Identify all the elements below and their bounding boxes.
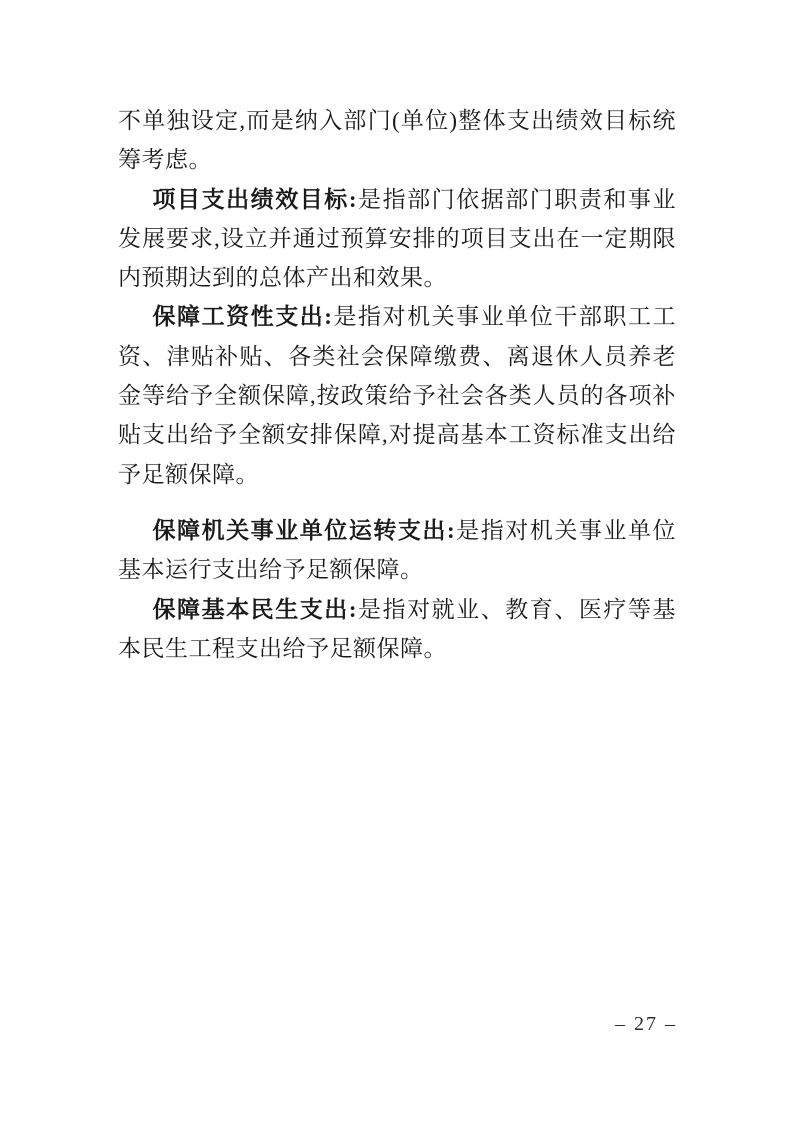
term-lead: 保障基本民生支出: bbox=[153, 597, 357, 622]
paragraph-text: 不单独设定,而是纳入部门(单位)整体支出绩效目标统筹考虑。 bbox=[118, 108, 676, 172]
page-number: – 27 – bbox=[590, 1013, 702, 1036]
paragraph-text: 是指对机关事业单位干部职工工资、津贴补贴、各类社会保障缴费、离退休人员养老金等给… bbox=[118, 304, 676, 486]
paragraph-guarantee-agency-operation-expenditure: 保障机关事业单位运转支出:是指对机关事业单位基本运行支出给予足额保障。 bbox=[118, 511, 676, 590]
term-lead: 项目支出绩效目标: bbox=[153, 187, 357, 212]
paragraph-guarantee-basic-livelihood-expenditure: 保障基本民生支出:是指对就业、教育、医疗等基本民生工程支出给予足额保障。 bbox=[118, 590, 676, 669]
term-lead: 保障工资性支出: bbox=[153, 304, 333, 329]
paragraph-guarantee-wage-expenditure: 保障工资性支出:是指对机关事业单位干部职工工资、津贴补贴、各类社会保障缴费、离退… bbox=[118, 297, 676, 493]
paragraph-overall-goal-continuation: 不单独设定,而是纳入部门(单位)整体支出绩效目标统筹考虑。 bbox=[118, 101, 676, 180]
document-page: 不单独设定,而是纳入部门(单位)整体支出绩效目标统筹考虑。 项目支出绩效目标:是… bbox=[0, 0, 793, 1122]
document-content: 不单独设定,而是纳入部门(单位)整体支出绩效目标统筹考虑。 项目支出绩效目标:是… bbox=[118, 101, 676, 668]
paragraph-project-expenditure-performance-goal: 项目支出绩效目标:是指部门依据部门职责和事业发展要求,设立并通过预算安排的项目支… bbox=[118, 180, 676, 298]
term-lead: 保障机关事业单位运转支出: bbox=[153, 518, 456, 543]
